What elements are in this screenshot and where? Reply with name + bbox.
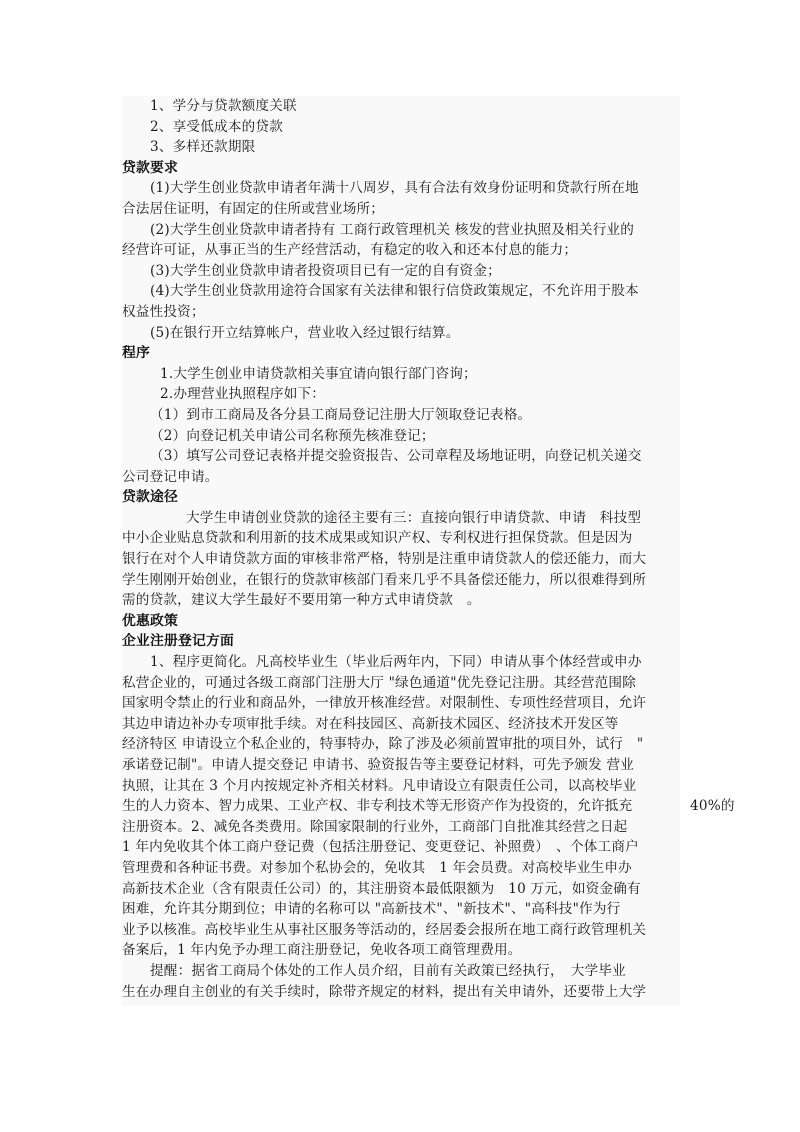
- paragraph-line: 权益性投资；: [122, 302, 680, 323]
- document-page: 1、学分与贷款额度关联 2、享受低成本的贷款 3、多样还款期限 贷款要求 (1)…: [122, 96, 680, 1006]
- paragraph-line: 合法居住证明，有固定的住所或营业场所；: [122, 199, 680, 220]
- paragraph-line: （3）填写公司登记表格并提交验资报告、公司章程及场地证明，向登记机关递交: [122, 446, 680, 467]
- paragraph-line: 1、程序更简化。凡高校毕业生（毕业后两年内，下同）申请从事个体经营或申办: [122, 652, 680, 673]
- section-heading-preferential-policies: 优惠政策: [122, 611, 680, 632]
- paragraph-line: (1)大学生创业贷款申请者年满十八周岁，具有合法有效身份证明和贷款行所在地: [122, 178, 680, 199]
- paragraph-line: 其边申请边补办专项审批手续。对在科技园区、高新技术园区、经济技术开发区等: [122, 714, 680, 735]
- feature-item: 2、享受低成本的贷款: [122, 117, 680, 138]
- paragraph-line: 国家明令禁止的行业和商品外，一律放开核准经营。对限制性、专项性经营项目，允许: [122, 693, 680, 714]
- feature-item: 1、学分与贷款额度关联: [122, 96, 680, 117]
- paragraph-line: 需的贷款，建议大学生最好不要用第一种方式申请贷款 。: [122, 590, 680, 611]
- paragraph-line: (5)在银行开立结算帐户，营业收入经过银行结算。: [122, 323, 680, 344]
- feature-item: 3、多样还款期限: [122, 137, 680, 158]
- paragraph-line: 困难，允许其分期到位；申请的名称可以 "高新技术"、"新技术"、"高科技"作为行: [122, 899, 680, 920]
- paragraph-line: 大学生申请创业贷款的途径主要有三：直接向银行申请贷款、申请 科技型: [122, 508, 680, 529]
- paragraph-line: 执照，让其在 3 个月内按规定补齐相关材料。凡申请设立有限责任公司，以高校毕业: [122, 776, 680, 797]
- paragraph-line: 银行在对个人申请贷款方面的审核非常严格，特别是注重申请贷款人的偿还能力，而大: [122, 549, 680, 570]
- paragraph-line: 承诺登记制"。申请人提交登记 申请书、验资报告等主要登记材料，可先予颁发 营业: [122, 755, 680, 776]
- paragraph-line: 1.大学生创业申请贷款相关事宜请向银行部门咨询；: [122, 364, 680, 385]
- paragraph-line: （2）向登记机关申请公司名称预先核准登记；: [122, 426, 680, 447]
- paragraph-line: 业予以核准。高校毕业生从事社区服务等活动的，经居委会报所在地工商行政管理机关: [122, 920, 680, 941]
- paragraph-line: 1 年内免收其个体工商户登记费（包括注册登记、变更登记、补照费） 、个体工商户: [122, 837, 680, 858]
- paragraph-line: 经济特区 申请设立个私企业的，特事特办，除了涉及必须前置审批的项目外，试行 ": [122, 734, 680, 755]
- paragraph-line-text: 生的人力资本、智力成果、工业产权、非专利技术等无形资产作为投资的，允许抵充: [122, 798, 632, 814]
- paragraph-line: 提醒：据省工商局个体处的工作人员介绍，目前有关政策已经执行， 大学毕业: [122, 961, 680, 982]
- paragraph-line: 学生刚刚开始创业，在银行的贷款审核部门看来几乎不具备偿还能力，所以很难得到所: [122, 570, 680, 591]
- paragraph-line: 公司登记申请。: [122, 467, 680, 488]
- paragraph-line: (2)大学生创业贷款申请者持有 工商行政管理机关 核发的营业执照及相关行业的: [122, 220, 680, 241]
- overflow-fragment: 40%的: [690, 796, 735, 817]
- paragraph-line: （1）到市工商局及各分县工商局登记注册大厅领取登记表格。: [122, 405, 680, 426]
- paragraph-line: 生在办理自主创业的有关手续时，除带齐规定的材料，提出有关申请外，还要带上大学: [122, 982, 680, 1003]
- paragraph-line: 经营许可证，从事正当的生产经营活动，有稳定的收入和还本付息的能力；: [122, 240, 680, 261]
- paragraph-line: (3)大学生创业贷款申请者投资项目已有一定的自有资金；: [122, 261, 680, 282]
- paragraph-line: 中小企业贴息贷款和利用新的技术成果或知识产权、专利权进行担保贷款。但是因为: [122, 528, 680, 549]
- paragraph-line: 管理费和各种证书费。对参加个私协会的，免收其 1 年会员费。对高校毕业生申办: [122, 858, 680, 879]
- section-heading-procedure: 程序: [122, 343, 680, 364]
- paragraph-line: (4)大学生创业贷款用途符合国家有关法律和银行信贷政策规定，不允许用于股本: [122, 281, 680, 302]
- paragraph-line-with-overflow: 生的人力资本、智力成果、工业产权、非专利技术等无形资产作为投资的，允许抵充 40…: [122, 796, 680, 817]
- paragraph-line: 高新技术企业（含有限责任公司）的，其注册资本最低限额为 10 万元，如资金确有: [122, 879, 680, 900]
- paragraph-line: 私营企业的，可通过各级工商部门注册大厅 "绿色通道"优先登记注册。其经营范围除: [122, 673, 680, 694]
- subheading-enterprise-registration: 企业注册登记方面: [122, 631, 680, 652]
- section-heading-loan-requirements: 贷款要求: [122, 158, 680, 179]
- section-heading-loan-channels: 贷款途径: [122, 487, 680, 508]
- paragraph-line: 2.办理营业执照程序如下：: [122, 384, 680, 405]
- paragraph-line: 备案后，1 年内免予办理工商注册登记，免收各项工商管理费用。: [122, 940, 680, 961]
- paragraph-line: 注册资本。2、减免各类费用。除国家限制的行业外，工商部门自批准其经营之日起: [122, 817, 680, 838]
